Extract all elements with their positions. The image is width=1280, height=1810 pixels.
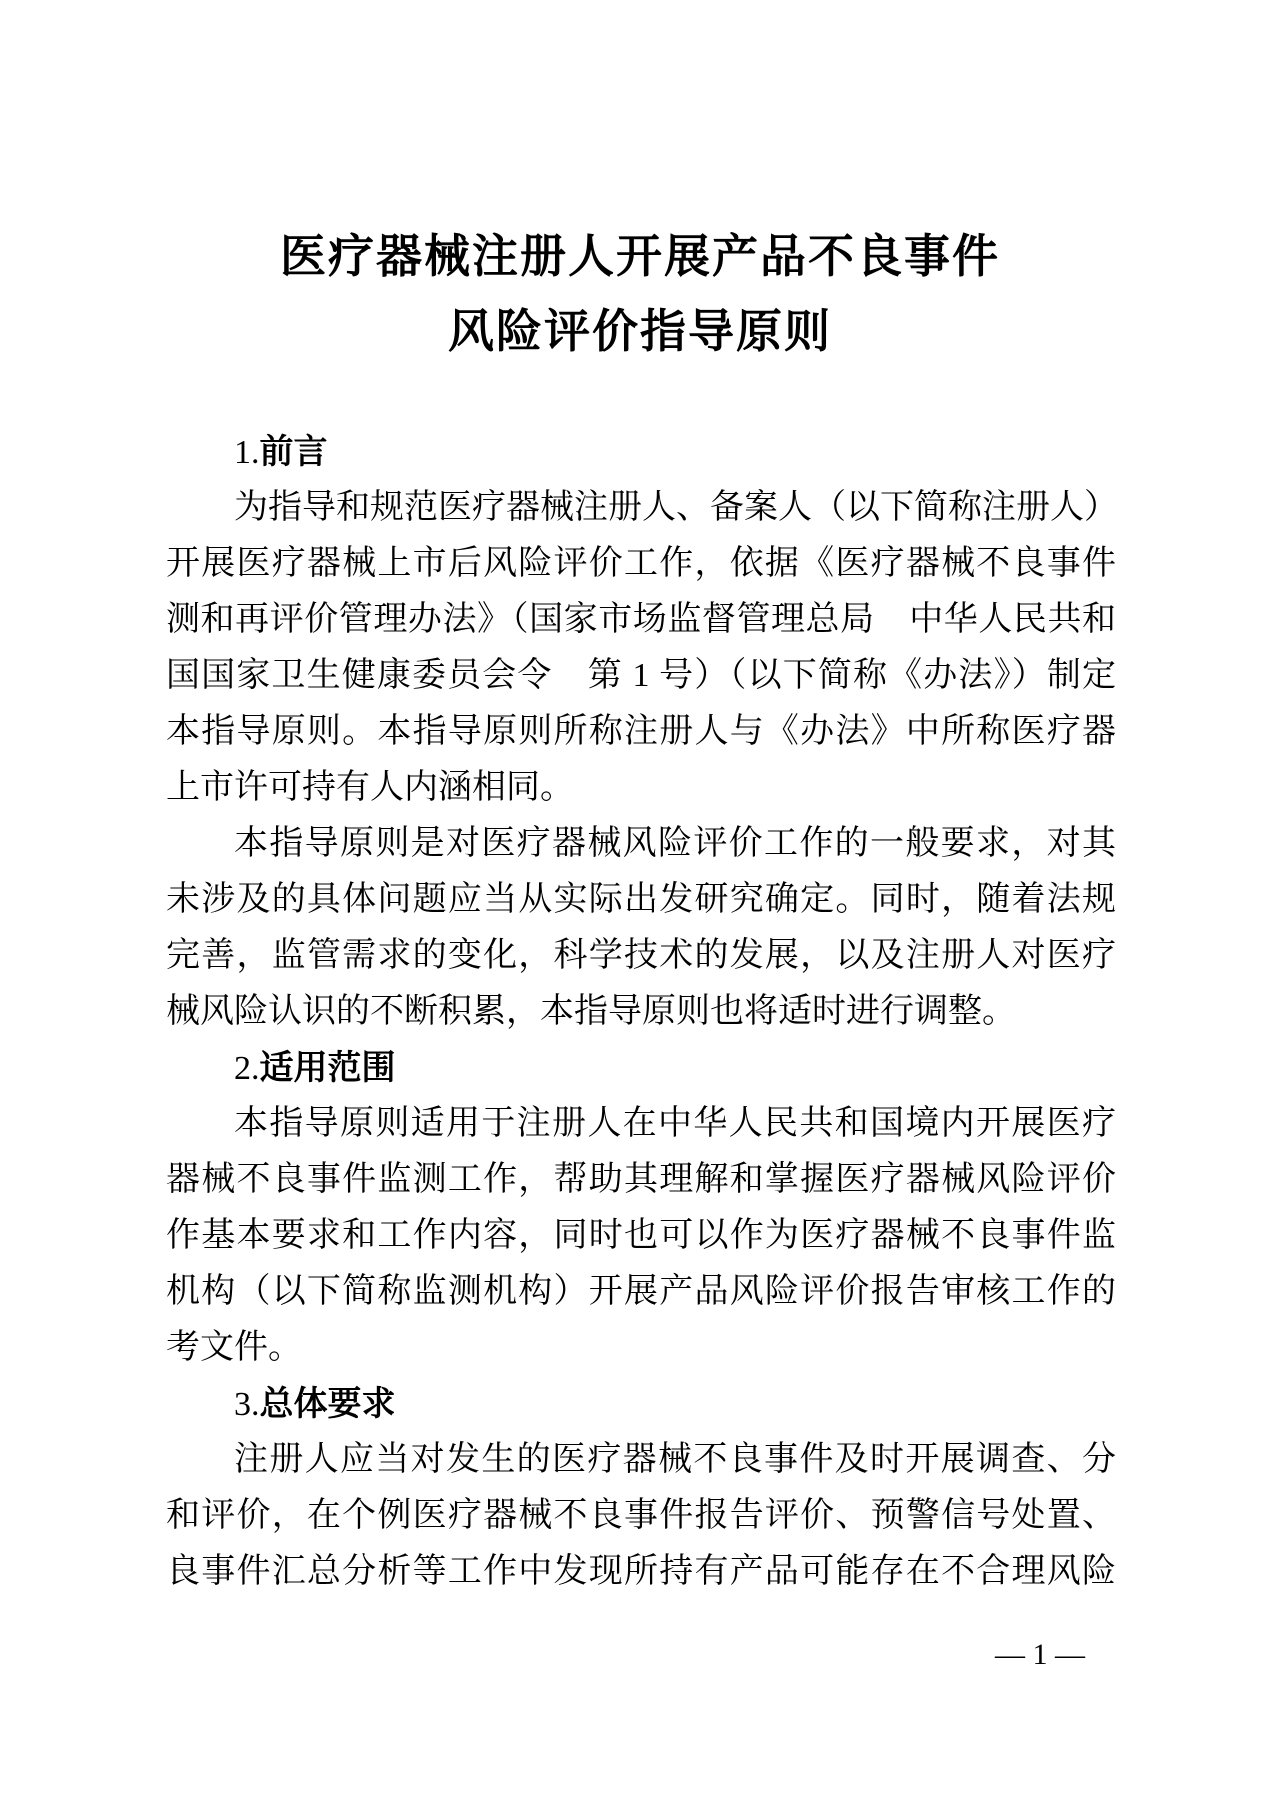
text-line: 本指导原则是对医疗器械风险评价工作的一般要求，对其中 — [166, 816, 1116, 872]
section-heading: 3.总体要求 — [166, 1376, 1116, 1432]
section-heading: 1.前言 — [166, 424, 1116, 480]
text-line: 良事件汇总分析等工作中发现所持有产品可能存在不合理风险 — [166, 1544, 1116, 1600]
title-line-1: 医疗器械注册人开展产品不良事件 — [0, 219, 1280, 294]
text-line: 本指导原则。本指导原则所称注册人与《办法》中所称医疗器械 — [166, 704, 1116, 760]
section-heading: 2.适用范围 — [166, 1040, 1116, 1096]
text-line: 为指导和规范医疗器械注册人、备案人（以下简称注册人） — [166, 480, 1116, 536]
text-line: 械风险认识的不断积累，本指导原则也将适时进行调整。 — [166, 984, 1116, 1040]
title-line-2: 风险评价指导原则 — [0, 294, 1280, 369]
section-label: 前言 — [260, 433, 328, 471]
text-line: 开展医疗器械上市后风险评价工作，依据《医疗器械不良事件监 — [166, 536, 1116, 592]
text-line: 未涉及的具体问题应当从实际出发研究确定。同时，随着法规的 — [166, 872, 1116, 928]
section-number: 3. — [234, 1386, 260, 1423]
section-label: 总体要求 — [260, 1385, 396, 1423]
document-page: 医疗器械注册人开展产品不良事件 风险评价指导原则 1.前言为指导和规范医疗器械注… — [0, 0, 1280, 1810]
text-line: 注册人应当对发生的医疗器械不良事件及时开展调查、分析 — [166, 1432, 1116, 1488]
document-title: 医疗器械注册人开展产品不良事件 风险评价指导原则 — [0, 219, 1280, 369]
page-number: — 1 — — [995, 1638, 1085, 1671]
text-line: 考文件。 — [166, 1320, 1116, 1376]
text-line: 作基本要求和工作内容，同时也可以作为医疗器械不良事件监测 — [166, 1208, 1116, 1264]
page-footer: — 1 — — [995, 1630, 1085, 1680]
text-line: 国国家卫生健康委员会令 第 1 号）（以下简称《办法》）制定 — [166, 648, 1116, 704]
text-line: 和评价，在个例医疗器械不良事件报告评价、预警信号处置、不 — [166, 1488, 1116, 1544]
document-body: 1.前言为指导和规范医疗器械注册人、备案人（以下简称注册人）开展医疗器械上市后风… — [166, 424, 1116, 1600]
section-number: 2. — [234, 1050, 260, 1087]
text-line: 测和再评价管理办法》（国家市场监督管理总局 中华人民共和 — [166, 592, 1116, 648]
text-line: 完善，监管需求的变化，科学技术的发展，以及注册人对医疗器 — [166, 928, 1116, 984]
text-line: 上市许可持有人内涵相同。 — [166, 760, 1116, 816]
text-line: 器械不良事件监测工作，帮助其理解和掌握医疗器械风险评价工 — [166, 1152, 1116, 1208]
text-line: 本指导原则适用于注册人在中华人民共和国境内开展医疗 — [166, 1096, 1116, 1152]
section-number: 1. — [234, 434, 260, 471]
section-label: 适用范围 — [260, 1049, 396, 1087]
text-line: 机构（以下简称监测机构）开展产品风险评价报告审核工作的参 — [166, 1264, 1116, 1320]
